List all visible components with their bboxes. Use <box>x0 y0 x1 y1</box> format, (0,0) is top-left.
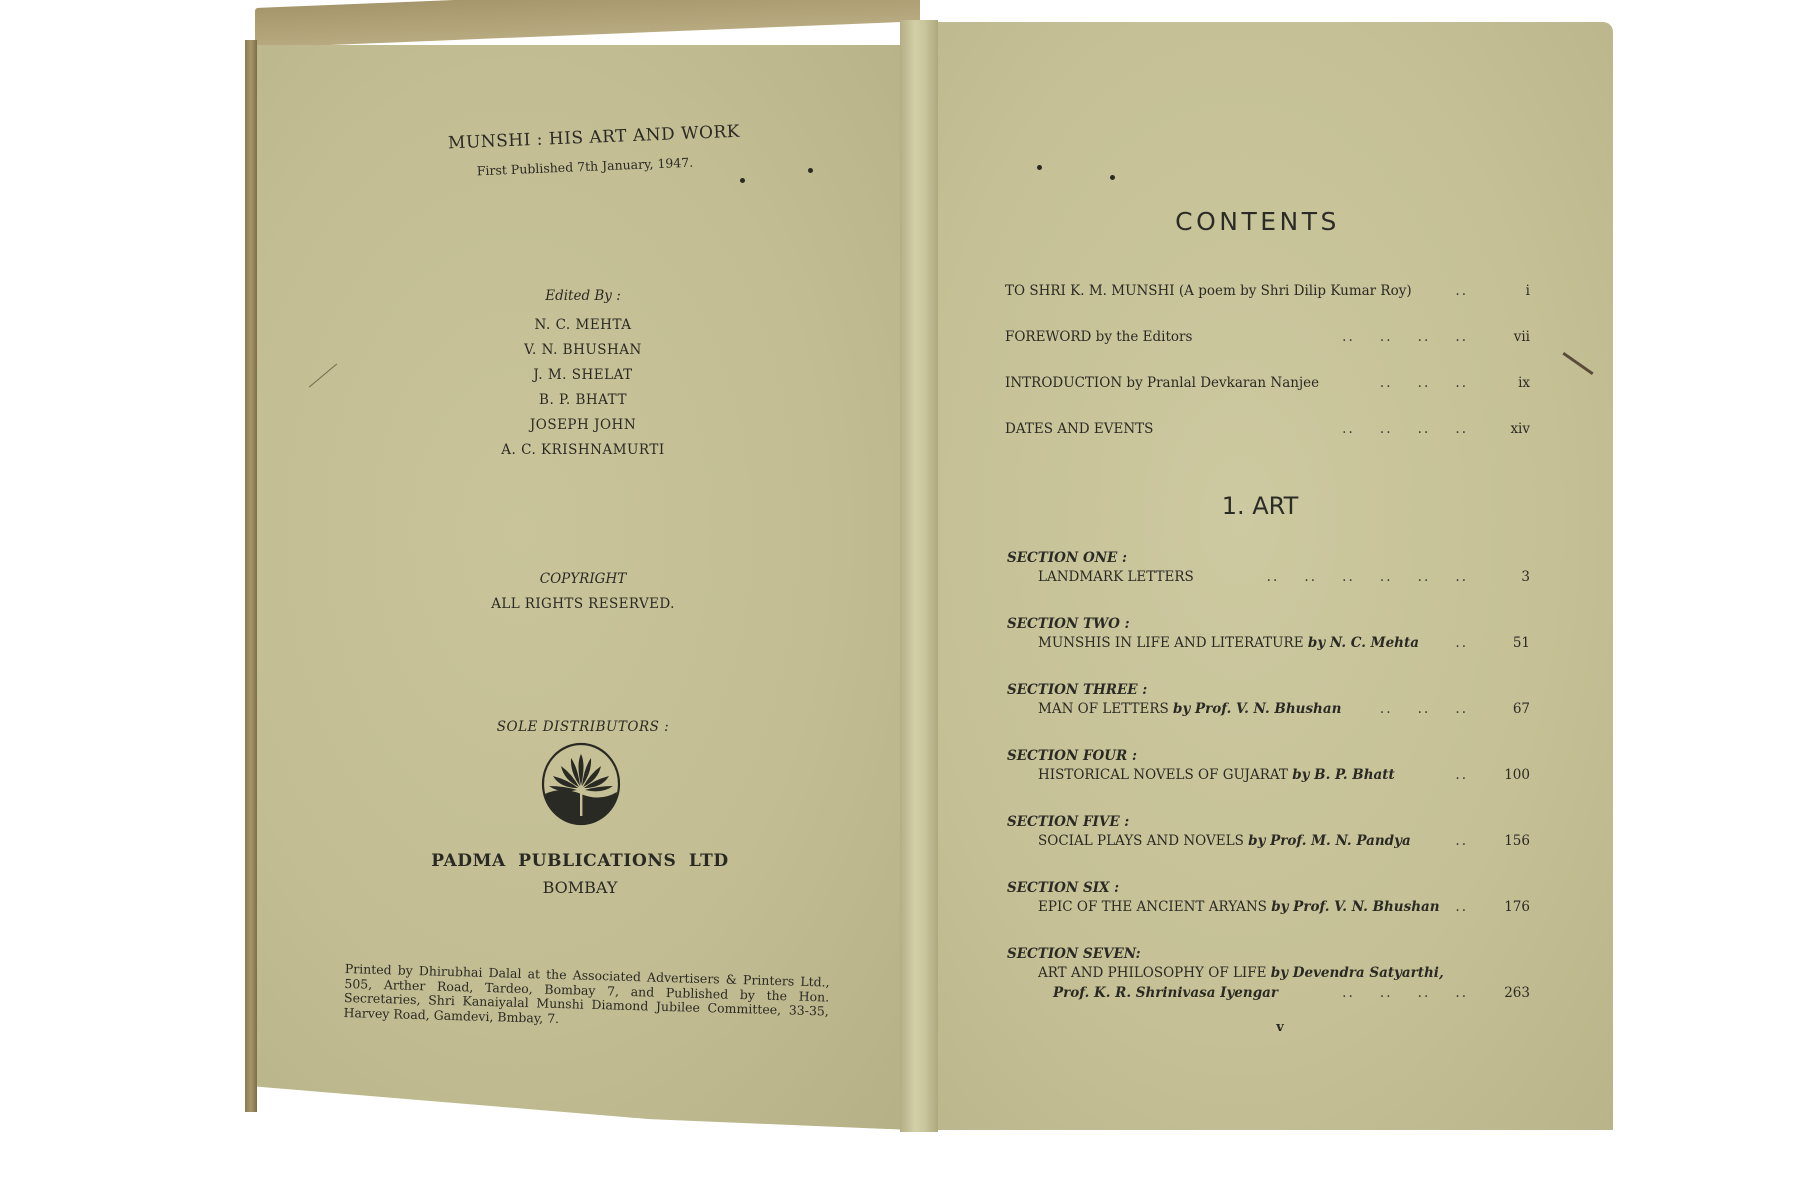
editor-name: A. C. KRISHNAMURTI <box>483 442 683 458</box>
toc-page-number: ix <box>1490 375 1530 391</box>
toc-page-number: 100 <box>1490 767 1530 783</box>
section-label: SECTION SIX : <box>1007 880 1119 896</box>
toc-entry[interactable]: LANDMARK LETTERS .. .. .. .. .. .. 3 <box>1038 569 1530 585</box>
toc-author: by N. C. Mehta <box>1308 635 1419 651</box>
editor-name: JOSEPH JOHN <box>483 417 683 433</box>
toc-entry[interactable]: DATES AND EVENTS .. .. .. .. xiv <box>1005 421 1530 437</box>
toc-entry-title: EPIC OF THE ANCIENT ARYANS by Prof. V. N… <box>1038 899 1440 915</box>
publisher-name: PADMA PUBLICATIONS LTD <box>430 851 730 871</box>
toc-entry[interactable]: HISTORICAL NOVELS OF GUJARAT by B. P. Bh… <box>1038 767 1530 783</box>
editor-name: B. P. BHATT <box>483 392 683 408</box>
toc-page-number: 156 <box>1490 833 1530 849</box>
toc-entry[interactable]: ART AND PHILOSOPHY OF LIFE by Devendra S… <box>1038 965 1530 981</box>
toc-entry[interactable]: MAN OF LETTERS by Prof. V. N. Bhushan ..… <box>1038 701 1530 717</box>
toc-author: Prof. K. R. Shrinivasa Iyengar <box>1053 985 1278 1001</box>
speck-mark <box>1110 175 1115 180</box>
toc-author: by Prof. M. N. Pandya <box>1248 833 1411 849</box>
leader-dots: .. .. .. .. <box>1192 329 1490 345</box>
toc-page-number: 3 <box>1490 569 1530 585</box>
speck-mark <box>740 178 745 183</box>
book-gutter <box>900 20 938 1132</box>
leader-dots: .. .. .. .. .. .. <box>1194 569 1490 585</box>
leader-dots: .. .. .. <box>1341 701 1490 717</box>
toc-page-number: i <box>1490 283 1530 299</box>
publisher-city: BOMBAY <box>530 878 630 897</box>
speck-mark <box>808 168 813 173</box>
book-binding <box>245 40 257 1112</box>
section-label: SECTION TWO : <box>1007 616 1130 632</box>
copyright-label: COPYRIGHT <box>483 571 683 587</box>
leader-dots: .. .. .. .. <box>1153 421 1490 437</box>
section-label: SECTION ONE : <box>1007 550 1127 566</box>
toc-entry[interactable]: FOREWORD by the Editors .. .. .. .. vii <box>1005 329 1530 345</box>
page-folio: v <box>1265 1020 1295 1035</box>
leader-dots: .. <box>1412 283 1490 299</box>
toc-entry-title: HISTORICAL NOVELS OF GUJARAT by B. P. Bh… <box>1038 767 1395 783</box>
sole-distributors-label: SOLE DISTRIBUTORS : <box>473 719 693 735</box>
toc-page-number: 176 <box>1490 899 1530 915</box>
leader-dots: .. <box>1440 899 1490 915</box>
toc-page-number: xiv <box>1490 421 1530 437</box>
section-label: SECTION FIVE : <box>1007 814 1129 830</box>
toc-entry-title: FOREWORD by the Editors <box>1005 329 1192 345</box>
section-label: SECTION FOUR : <box>1007 748 1137 764</box>
section-label: SECTION SEVEN: <box>1007 946 1141 962</box>
section-label: SECTION THREE : <box>1007 682 1147 698</box>
contents-heading: CONTENTS <box>1160 207 1355 236</box>
toc-entry[interactable]: TO SHRI K. M. MUNSHI (A poem by Shri Dil… <box>1005 283 1530 299</box>
toc-page-number: vii <box>1490 329 1530 345</box>
edited-by-label: Edited By : <box>508 288 658 304</box>
leader-dots: .. <box>1395 767 1490 783</box>
toc-entry-title: TO SHRI K. M. MUNSHI (A poem by Shri Dil… <box>1005 283 1412 299</box>
toc-entry-continuation[interactable]: Prof. K. R. Shrinivasa Iyengar .. .. .. … <box>1053 985 1530 1001</box>
editor-name: V. N. BHUSHAN <box>483 342 683 358</box>
toc-page-number: 51 <box>1490 635 1530 651</box>
book-cover-top-edge <box>255 0 920 48</box>
toc-entry-title: INTRODUCTION by Pranlal Devkaran Nanjee <box>1005 375 1319 391</box>
toc-entry-title: MUNSHIS IN LIFE AND LITERATURE by N. C. … <box>1038 635 1419 651</box>
speck-mark <box>1037 165 1042 170</box>
part-heading: 1. ART <box>1200 492 1320 520</box>
editor-name: N. C. MEHTA <box>483 317 683 333</box>
leader-dots: .. .. .. <box>1319 375 1490 391</box>
rights-reserved: ALL RIGHTS RESERVED. <box>463 596 703 612</box>
toc-page-number: 67 <box>1490 701 1530 717</box>
toc-entry-title: SOCIAL PLAYS AND NOVELS by Prof. M. N. P… <box>1038 833 1411 849</box>
toc-entry-title: LANDMARK LETTERS <box>1038 569 1194 585</box>
toc-author: by Prof. V. N. Bhushan <box>1173 701 1341 717</box>
toc-entry[interactable]: INTRODUCTION by Pranlal Devkaran Nanjee … <box>1005 375 1530 391</box>
toc-author: by Devendra Satyarthi, <box>1271 965 1444 981</box>
leader-dots: .. .. .. .. <box>1278 985 1490 1001</box>
toc-entry-title: MAN OF LETTERS by Prof. V. N. Bhushan <box>1038 701 1341 717</box>
toc-entry[interactable]: EPIC OF THE ANCIENT ARYANS by Prof. V. N… <box>1038 899 1530 915</box>
toc-page-number: 263 <box>1490 985 1530 1001</box>
toc-entry[interactable]: SOCIAL PLAYS AND NOVELS by Prof. M. N. P… <box>1038 833 1530 849</box>
toc-entry-title: DATES AND EVENTS <box>1005 421 1153 437</box>
editor-name: J. M. SHELAT <box>483 367 683 383</box>
toc-author: by Prof. V. N. Bhushan <box>1271 899 1439 915</box>
lotus-logo-icon <box>540 742 622 826</box>
leader-dots: .. <box>1411 833 1490 849</box>
toc-author: by B. P. Bhatt <box>1292 767 1395 783</box>
leader-dots: .. <box>1419 635 1490 651</box>
toc-entry[interactable]: MUNSHIS IN LIFE AND LITERATURE by N. C. … <box>1038 635 1530 651</box>
toc-entry-title: ART AND PHILOSOPHY OF LIFE by Devendra S… <box>1038 965 1444 981</box>
